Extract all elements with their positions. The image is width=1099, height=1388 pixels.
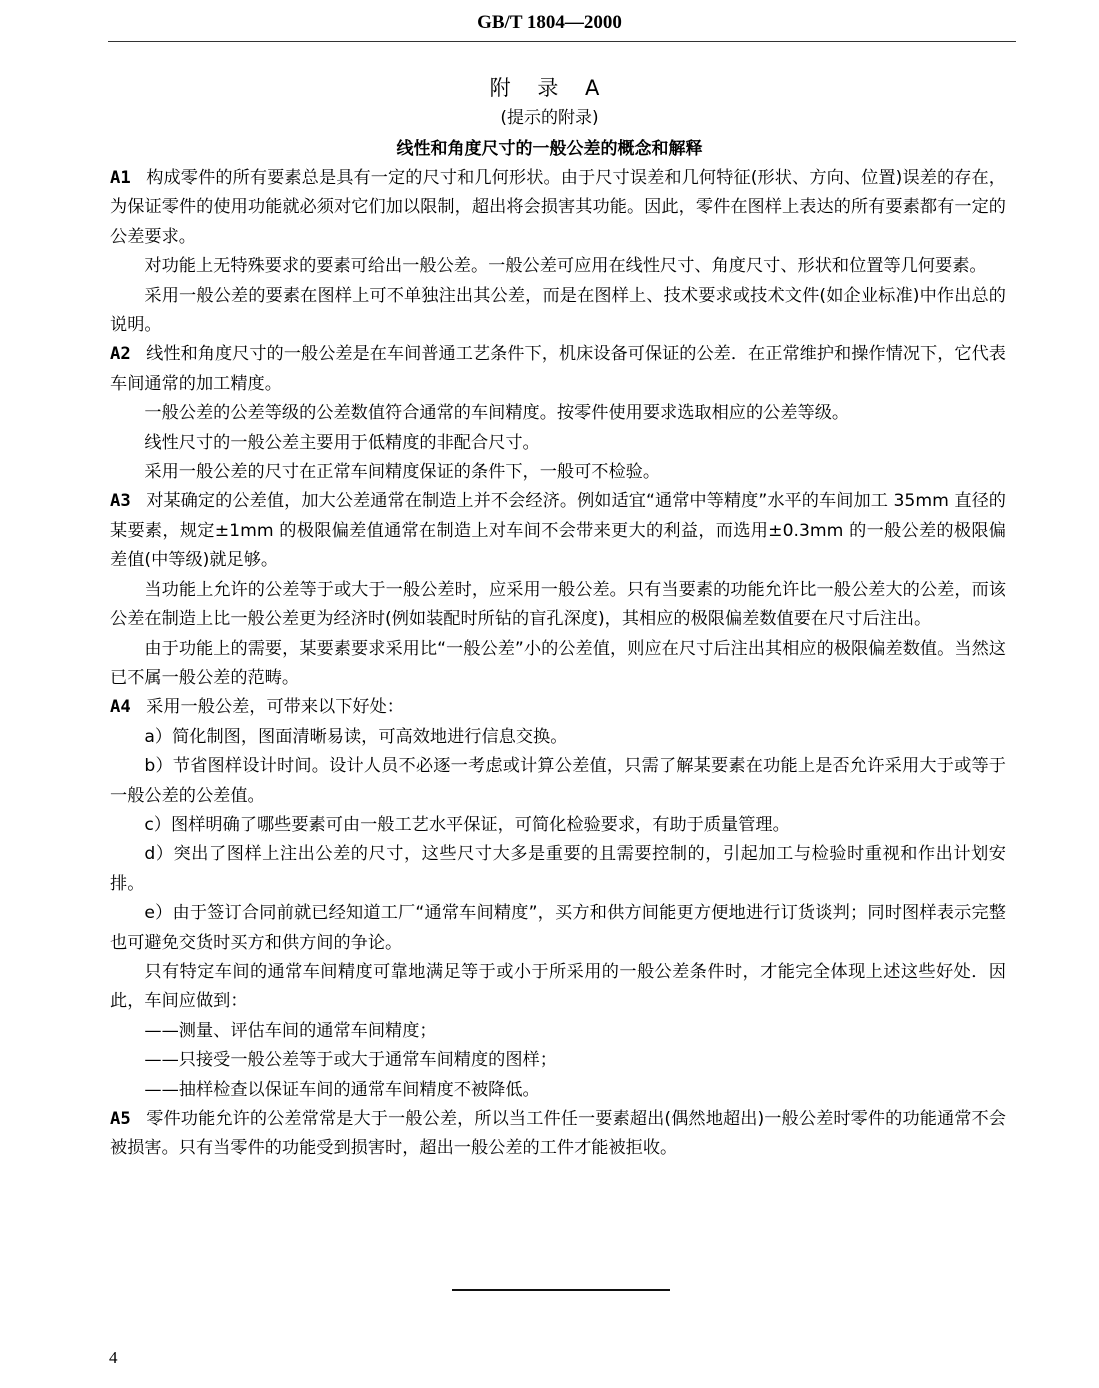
annex-heading: 线性和角度尺寸的一般公差的概念和解释 [0, 134, 1099, 159]
section-a2-para-4: 采用一般公差的尺寸在正常车间精度保证的条件下，一般可不检验。 [110, 458, 1006, 487]
running-header: GB/T 1804—2000 [0, 12, 1099, 34]
list-item-c: c）图样明确了哪些要素可由一般工艺水平保证，可简化检验要求，有助于质量管理。 [110, 811, 1006, 840]
section-label-a4: A4 [110, 697, 131, 717]
dash-item-2: ——只接受一般公差等于或大于通常车间精度的图样； [110, 1046, 1006, 1075]
section-a2-para-3: 线性尺寸的一般公差主要用于低精度的非配合尺寸。 [110, 429, 1006, 458]
section-label-a3: A3 [110, 491, 131, 511]
end-of-annex-rule [452, 1289, 670, 1291]
section-a1-para-1: A1构成零件的所有要素总是具有一定的尺寸和几何形状。由于尺寸误差和几何特征(形状… [110, 164, 1006, 252]
section-a2-para-2: 一般公差的公差等级的公差数值符合通常的车间精度。按零件使用要求选取相应的公差等级… [110, 399, 1006, 428]
page-number: 4 [109, 1348, 118, 1368]
header-divider [108, 41, 1016, 42]
annex-body: A1构成零件的所有要素总是具有一定的尺寸和几何形状。由于尺寸误差和几何特征(形状… [110, 164, 1006, 1164]
annex-subtitle: (提示的附录) [0, 103, 1099, 128]
section-a2-para-1: A2线性和角度尺寸的一般公差是在车间普通工艺条件下，机床设备可保证的公差．在正常… [110, 340, 1006, 399]
section-label-a2: A2 [110, 344, 131, 364]
list-item-d: d）突出了图样上注出公差的尺寸，这些尺寸大多是重要的且需要控制的，引起加工与检验… [110, 840, 1006, 899]
section-a3-para-2: 当功能上允许的公差等于或大于一般公差时，应采用一般公差。只有当要素的功能允许比一… [110, 576, 1006, 635]
section-label-a5: A5 [110, 1109, 131, 1129]
list-item-a: a）简化制图，图面清晰易读，可高效地进行信息交换。 [110, 723, 1006, 752]
section-a4-summary: 只有特定车间的通常车间精度可靠地满足等于或小于所采用的一般公差条件时，才能完全体… [110, 958, 1006, 1017]
section-label-a1: A1 [110, 168, 131, 188]
dash-item-3: ——抽样检查以保证车间的通常车间精度不被降低。 [110, 1076, 1006, 1105]
section-a5-para-1: A5零件功能允许的公差常常是大于一般公差，所以当工件任一要素超出(偶然地超出)一… [110, 1105, 1006, 1164]
section-a1-para-3: 采用一般公差的要素在图样上可不单独注出其公差，而是在图样上、技术要求或技术文件(… [110, 282, 1006, 341]
annex-title: 附 录 A [0, 72, 1099, 102]
list-item-e: e）由于签订合同前就已经知道工厂“通常车间精度”，买方和供方间能更方便地进行订货… [110, 899, 1006, 958]
list-item-b: b）节省图样设计时间。设计人员不必逐一考虑或计算公差值，只需了解某要素在功能上是… [110, 752, 1006, 811]
dash-item-1: ——测量、评估车间的通常车间精度； [110, 1017, 1006, 1046]
section-a3-para-3: 由于功能上的需要，某要素要求采用比“一般公差”小的公差值，则应在尺寸后注出其相应… [110, 635, 1006, 694]
section-a3-para-1: A3对某确定的公差值，加大公差通常在制造上并不会经济。例如适宜“通常中等精度”水… [110, 487, 1006, 575]
section-a4-para-1: A4采用一般公差，可带来以下好处： [110, 693, 1006, 722]
section-a1-para-2: 对功能上无特殊要求的要素可给出一般公差。一般公差可应用在线性尺寸、角度尺寸、形状… [110, 252, 1006, 281]
